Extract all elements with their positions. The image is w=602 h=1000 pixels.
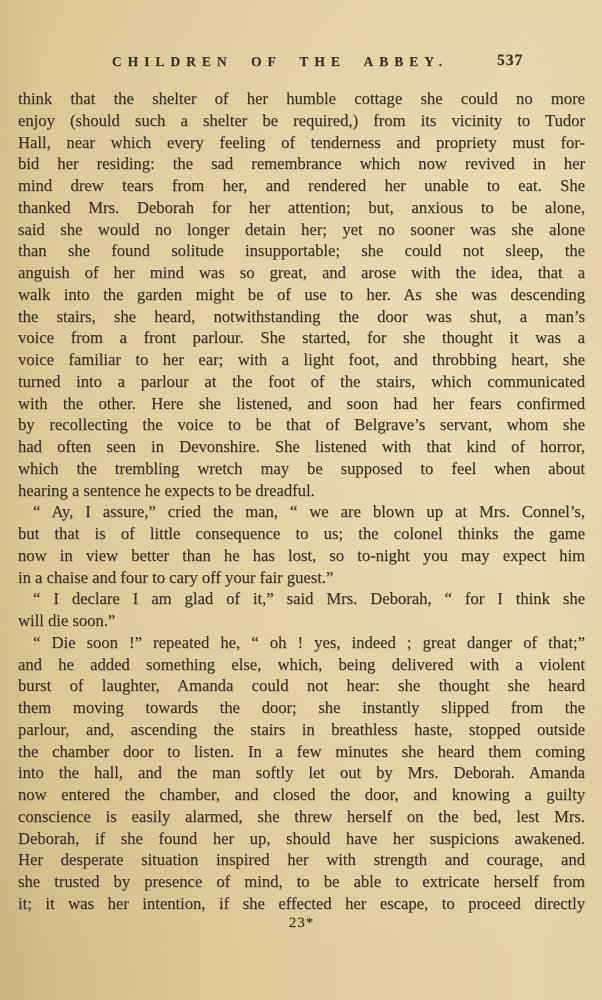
text-line: the stairs, she heard, notwithstanding t…	[18, 306, 585, 328]
text-line: but that is of little consequence to us;…	[18, 523, 585, 545]
text-line: bid her residing: the sad remembrance wh…	[18, 153, 585, 175]
text-line: conscience is easily alarmed, she threw …	[18, 806, 585, 828]
text-line: into the hall, and the man softly let ou…	[18, 762, 585, 784]
running-head-title: CHILDREN OF THE ABBEY.	[0, 54, 560, 70]
text-line: burst of laughter, Amanda could not hear…	[18, 675, 585, 697]
text-line: had often seen in Devonshire. She listen…	[18, 436, 585, 458]
text-line: them moving towards the door; she instan…	[18, 697, 585, 719]
text-line: mind drew tears from her, and rendered h…	[18, 175, 585, 197]
text-line: Hall, near which every feeling of tender…	[18, 132, 585, 154]
text-line: turned into a parlour at the foot of the…	[18, 371, 585, 393]
text-line: voice from a front parlour. She started,…	[18, 327, 585, 349]
text-line: enjoy (should such a shelter be required…	[18, 110, 585, 132]
text-line: think that the shelter of her humble cot…	[18, 88, 585, 110]
text-line: now entered the chamber, and closed the …	[18, 784, 585, 806]
text-line: Her desperate situation inspired her wit…	[18, 849, 585, 871]
text-line: and he added something else, which, bein…	[18, 654, 585, 676]
text-line: “ Ay, I assure,” cried the man, “ we are…	[18, 501, 585, 523]
book-page: CHILDREN OF THE ABBEY. 537 think that th…	[0, 0, 602, 1000]
text-line: parlour, and, ascending the stairs in br…	[18, 719, 585, 741]
text-line: Deborah, if she found her up, should hav…	[18, 828, 585, 850]
text-line: hearing a sentence he expects to be drea…	[18, 480, 585, 502]
text-line: than she found solitude insupportable; s…	[18, 240, 585, 262]
text-line: said she would no longer detain her; yet…	[18, 219, 585, 241]
text-line: “ Die soon !” repeated he, “ oh ! yes, i…	[18, 632, 585, 654]
text-line: voice familiar to her ear; with a light …	[18, 349, 585, 371]
text-line: walk into the garden might be of use to …	[18, 284, 585, 306]
text-line: with the other. Here she listened, and s…	[18, 393, 585, 415]
text-line: will die soon.”	[18, 610, 585, 632]
page-body: think that the shelter of her humble cot…	[18, 88, 585, 915]
text-line: the chamber door to listen. In a few min…	[18, 741, 585, 763]
text-line: in a chaise and four to cary off your fa…	[18, 567, 585, 589]
signature-mark: 23*	[18, 915, 585, 932]
text-line: which the trembling wretch may be suppos…	[18, 458, 585, 480]
text-line: anguish of her mind was so great, and ar…	[18, 262, 585, 284]
page-number: 537	[497, 52, 523, 70]
text-line: it; it was her intention, if she effecte…	[18, 893, 585, 915]
text-line: by recollecting the voice to be that of …	[18, 414, 585, 436]
text-line: thanked Mrs. Deborah for her attention; …	[18, 197, 585, 219]
text-line: now in view better than he has lost, so …	[18, 545, 585, 567]
text-line: she trusted by presence of mind, to be a…	[18, 871, 585, 893]
text-line: “ I declare I am glad of it,” said Mrs. …	[18, 588, 585, 610]
